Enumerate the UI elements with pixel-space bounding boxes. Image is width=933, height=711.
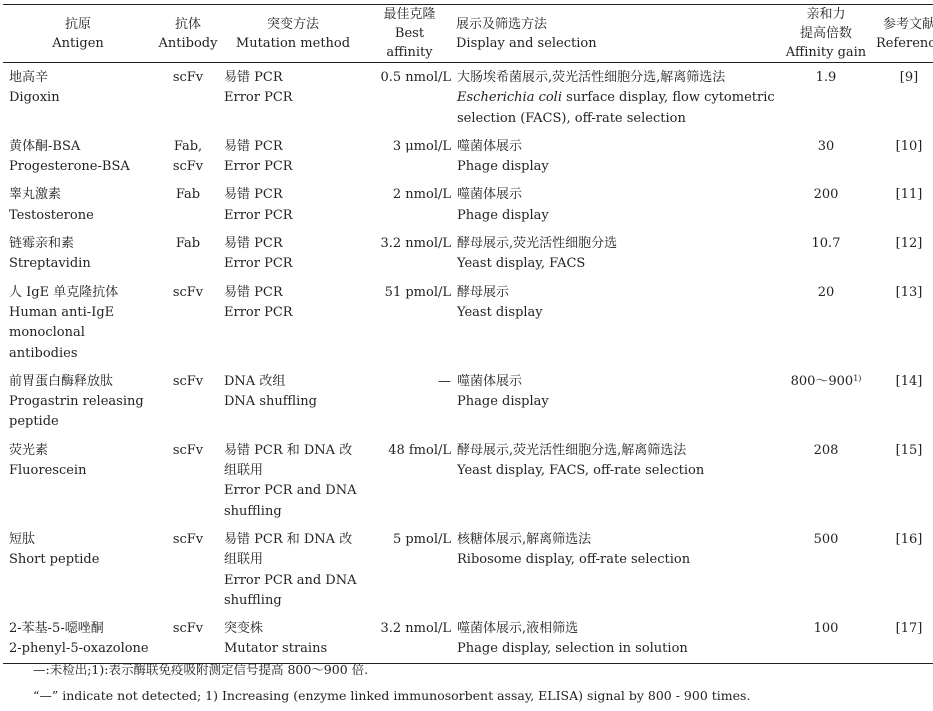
cell-reference: [10] <box>874 132 933 181</box>
antigen-en: Progastrin releasing peptide <box>9 392 152 433</box>
header-antigen: 抗原 Antigen <box>3 5 155 63</box>
antigen-zh: 黄体酮-BSA <box>9 137 152 157</box>
cell-gain: 208 <box>778 436 874 525</box>
cell-antibody: scFv <box>155 367 221 436</box>
table-row: 前胃蛋白酶释放肽 Progastrin releasing peptide sc… <box>3 367 933 436</box>
antibody-value: Fab, scFv <box>173 139 203 174</box>
mutation-zh: 易错 PCR <box>224 68 362 88</box>
cell-gain: 20 <box>778 278 874 367</box>
mutation-zh: 易错 PCR <box>224 234 362 254</box>
table-header: 抗原 Antigen 抗体 Antibody 突变方法 Mutation met… <box>3 5 933 63</box>
display-zh: 大肠埃希菌展示,荧光活性细胞分选,解离筛选法 <box>457 68 775 88</box>
antibody-value: scFv <box>173 443 203 458</box>
mutation-en: Error PCR <box>224 157 362 177</box>
cell-reference: [14] <box>874 367 933 436</box>
affinity-value: 3.2 nmol/L <box>380 236 451 251</box>
header-antigen-zh: 抗原 <box>3 15 153 34</box>
header-display-en: Display and selection <box>456 34 776 53</box>
mutation-en: Error PCR <box>224 254 362 274</box>
display-zh: 酵母展示,荧光活性细胞分选 <box>457 234 775 254</box>
header-affinity: 最佳克隆 Best affinity <box>365 5 454 63</box>
gain-value: 1.9 <box>816 70 837 85</box>
table-row: 黄体酮-BSA Progesterone-BSA Fab, scFv 易错 PC… <box>3 132 933 181</box>
mutation-zh: 易错 PCR 和 DNA 改组联用 <box>224 530 362 571</box>
cell-antigen: 黄体酮-BSA Progesterone-BSA <box>3 132 155 181</box>
display-en: Yeast display <box>457 303 775 323</box>
antigen-en: Digoxin <box>9 88 152 108</box>
header-antibody: 抗体 Antibody <box>155 5 221 63</box>
antibody-value: scFv <box>173 285 203 300</box>
antibody-value: scFv <box>173 374 203 389</box>
antigen-en: Testosterone <box>9 206 152 226</box>
table-row: 短肽 Short peptide scFv 易错 PCR 和 DNA 改组联用 … <box>3 525 933 614</box>
cell-affinity: 51 pmol/L <box>365 278 454 367</box>
mutation-zh: 易错 PCR <box>224 185 362 205</box>
cell-antigen: 短肽 Short peptide <box>3 525 155 614</box>
header-antibody-zh: 抗体 <box>157 15 219 34</box>
header-display-zh: 展示及筛选方法 <box>456 15 776 34</box>
header-antigen-en: Antigen <box>3 34 153 53</box>
header-mutation-en: Mutation method <box>223 34 363 53</box>
mutation-zh: 易错 PCR <box>224 283 362 303</box>
mutation-zh: 易错 PCR 和 DNA 改组联用 <box>224 441 362 482</box>
affinity-value: 2 nmol/L <box>393 187 451 202</box>
cell-display: 噬菌体展示,液相筛选 Phage display, selection in s… <box>454 614 778 663</box>
cell-antibody: scFv <box>155 614 221 663</box>
note-zh: —:未检出;1):表示酶联免疫吸附测定信号提高 800～900 倍. <box>33 657 750 683</box>
header-affinity-en2: affinity <box>367 43 452 62</box>
cell-gain: 100 <box>778 614 874 663</box>
header-antibody-en: Antibody <box>157 34 219 53</box>
reference-value: [11] <box>896 187 923 202</box>
cell-antigen: 2-苯基-5-噁唑酮 2-phenyl-5-oxazolone <box>3 614 155 663</box>
cell-mutation: 易错 PCR Error PCR <box>221 278 365 367</box>
cell-antigen: 人 IgE 单克隆抗体 Human anti-IgE monoclonal an… <box>3 278 155 367</box>
cell-mutation: DNA 改组 DNA shuffling <box>221 367 365 436</box>
display-zh: 酵母展示,荧光活性细胞分选,解离筛选法 <box>457 441 775 461</box>
mutation-en: Error PCR <box>224 206 362 226</box>
cell-reference: [11] <box>874 180 933 229</box>
display-en-text: Phage display <box>457 208 549 223</box>
display-en-text: Phage display <box>457 394 549 409</box>
header-reference-zh: 参考文献 <box>876 15 933 34</box>
display-zh: 噬菌体展示 <box>457 372 775 392</box>
header-affinity-zh: 最佳克隆 <box>367 5 452 24</box>
cell-reference: [13] <box>874 278 933 367</box>
reference-value: [10] <box>896 139 923 154</box>
note-en: “—” indicate not detected; 1) Increasing… <box>33 683 750 709</box>
cell-affinity: 3.2 nmol/L <box>365 614 454 663</box>
display-en-text: Yeast display <box>457 305 543 320</box>
cell-affinity: 48 fmol/L <box>365 436 454 525</box>
reference-value: [14] <box>896 374 923 389</box>
cell-antibody: Fab, scFv <box>155 132 221 181</box>
affinity-value: 3.2 nmol/L <box>380 621 451 636</box>
header-mutation: 突变方法 Mutation method <box>221 5 365 63</box>
antigen-en: Fluorescein <box>9 461 152 481</box>
header-row: 抗原 Antigen 抗体 Antibody 突变方法 Mutation met… <box>3 5 933 63</box>
display-en: Phage display <box>457 157 775 177</box>
cell-mutation: 易错 PCR 和 DNA 改组联用 Error PCR and DNA shuf… <box>221 436 365 525</box>
table-row: 睾丸激素 Testosterone Fab 易错 PCR Error PCR 2… <box>3 180 933 229</box>
reference-value: [16] <box>896 532 923 547</box>
reference-value: [13] <box>896 285 923 300</box>
cell-display: 噬菌体展示 Phage display <box>454 367 778 436</box>
antibody-value: scFv <box>173 532 203 547</box>
antigen-zh: 地高辛 <box>9 68 152 88</box>
display-en-text: Phage display <box>457 159 549 174</box>
mutation-zh: DNA 改组 <box>224 372 362 392</box>
header-gain-zh2: 提高倍数 <box>780 24 872 43</box>
display-en-italic: Escherichia coli <box>457 90 562 105</box>
table-row: 链霉亲和素 Streptavidin Fab 易错 PCR Error PCR … <box>3 229 933 278</box>
table-row: 2-苯基-5-噁唑酮 2-phenyl-5-oxazolone scFv 突变株… <box>3 614 933 663</box>
gain-value: 100 <box>814 621 839 636</box>
display-en-text: Yeast display, FACS, off-rate selection <box>457 463 704 478</box>
display-en-text: Ribosome display, off-rate selection <box>457 552 690 567</box>
cell-display: 酵母展示 Yeast display <box>454 278 778 367</box>
antigen-en: Streptavidin <box>9 254 152 274</box>
antigen-zh: 前胃蛋白酶释放肽 <box>9 372 152 392</box>
gain-value: 200 <box>814 187 839 202</box>
cell-antibody: scFv <box>155 436 221 525</box>
antigen-zh: 2-苯基-5-噁唑酮 <box>9 619 152 639</box>
table-body: 地高辛 Digoxin scFv 易错 PCR Error PCR 0.5 nm… <box>3 63 933 664</box>
antigen-zh: 人 IgE 单克隆抗体 <box>9 283 152 303</box>
antigen-zh: 睾丸激素 <box>9 185 152 205</box>
cell-mutation: 易错 PCR Error PCR <box>221 180 365 229</box>
cell-antigen: 荧光素 Fluorescein <box>3 436 155 525</box>
table-row: 荧光素 Fluorescein scFv 易错 PCR 和 DNA 改组联用 E… <box>3 436 933 525</box>
display-en-text: Phage display, selection in solution <box>457 641 688 656</box>
affinity-value: 0.5 nmol/L <box>380 70 451 85</box>
header-gain-zh1: 亲和力 <box>780 5 872 24</box>
cell-gain: 30 <box>778 132 874 181</box>
cell-reference: [15] <box>874 436 933 525</box>
display-en: Ribosome display, off-rate selection <box>457 550 775 570</box>
cell-affinity: 5 pmol/L <box>365 525 454 614</box>
cell-reference: [16] <box>874 525 933 614</box>
cell-antibody: scFv <box>155 278 221 367</box>
display-en: Escherichia coli surface display, flow c… <box>457 88 775 129</box>
cell-affinity: 0.5 nmol/L <box>365 63 454 132</box>
antibody-affinity-table: 抗原 Antigen 抗体 Antibody 突变方法 Mutation met… <box>3 4 933 664</box>
header-reference-en: Reference <box>876 34 933 53</box>
display-en: Yeast display, FACS <box>457 254 775 274</box>
display-zh: 噬菌体展示,液相筛选 <box>457 619 775 639</box>
cell-antibody: Fab <box>155 229 221 278</box>
cell-mutation: 易错 PCR Error PCR <box>221 63 365 132</box>
affinity-value: — <box>438 374 451 389</box>
header-reference: 参考文献 Reference <box>874 5 933 63</box>
header-display: 展示及筛选方法 Display and selection <box>454 5 778 63</box>
header-gain-en: Affinity gain <box>780 43 872 62</box>
cell-affinity: 2 nmol/L <box>365 180 454 229</box>
cell-display: 噬菌体展示 Phage display <box>454 180 778 229</box>
antigen-zh: 荧光素 <box>9 441 152 461</box>
affinity-value: 5 pmol/L <box>393 532 451 547</box>
table-row: 地高辛 Digoxin scFv 易错 PCR Error PCR 0.5 nm… <box>3 63 933 132</box>
display-en: Phage display <box>457 392 775 412</box>
display-en: Phage display <box>457 206 775 226</box>
mutation-en: Error PCR and DNA shuffling <box>224 571 362 612</box>
antibody-value: scFv <box>173 70 203 85</box>
cell-reference: [12] <box>874 229 933 278</box>
mutation-zh: 易错 PCR <box>224 137 362 157</box>
cell-antigen: 前胃蛋白酶释放肽 Progastrin releasing peptide <box>3 367 155 436</box>
cell-antigen: 睾丸激素 Testosterone <box>3 180 155 229</box>
cell-antibody: Fab <box>155 180 221 229</box>
cell-antibody: scFv <box>155 525 221 614</box>
cell-display: 酵母展示,荧光活性细胞分选,解离筛选法 Yeast display, FACS,… <box>454 436 778 525</box>
header-gain: 亲和力 提高倍数 Affinity gain <box>778 5 874 63</box>
mutation-en: DNA shuffling <box>224 392 362 412</box>
gain-value: 208 <box>814 443 839 458</box>
cell-gain: 10.7 <box>778 229 874 278</box>
display-zh: 噬菌体展示 <box>457 185 775 205</box>
header-mutation-zh: 突变方法 <box>223 15 363 34</box>
table-row: 人 IgE 单克隆抗体 Human anti-IgE monoclonal an… <box>3 278 933 367</box>
gain-value: 30 <box>818 139 835 154</box>
reference-value: [15] <box>896 443 923 458</box>
reference-value: [17] <box>896 621 923 636</box>
antibody-value: scFv <box>173 621 203 636</box>
affinity-value: 51 pmol/L <box>385 285 451 300</box>
page: 抗原 Antigen 抗体 Antibody 突变方法 Mutation met… <box>0 0 933 711</box>
cell-gain: 1.9 <box>778 63 874 132</box>
mutation-en: Error PCR <box>224 88 362 108</box>
cell-mutation: 易错 PCR Error PCR <box>221 229 365 278</box>
reference-value: [9] <box>900 70 918 85</box>
antibody-value: Fab <box>176 187 200 202</box>
cell-mutation: 突变株 Mutator strains <box>221 614 365 663</box>
display-en-text: Yeast display, FACS <box>457 256 585 271</box>
cell-affinity: — <box>365 367 454 436</box>
affinity-value: 3 μmol/L <box>393 139 451 154</box>
cell-affinity: 3 μmol/L <box>365 132 454 181</box>
cell-gain: 500 <box>778 525 874 614</box>
gain-value: 20 <box>818 285 835 300</box>
cell-antigen: 地高辛 Digoxin <box>3 63 155 132</box>
cell-mutation: 易错 PCR Error PCR <box>221 132 365 181</box>
antibody-value: Fab <box>176 236 200 251</box>
antigen-en: Progesterone-BSA <box>9 157 152 177</box>
cell-affinity: 3.2 nmol/L <box>365 229 454 278</box>
cell-mutation: 易错 PCR 和 DNA 改组联用 Error PCR and DNA shuf… <box>221 525 365 614</box>
antigen-en: Short peptide <box>9 550 152 570</box>
cell-display: 酵母展示,荧光活性细胞分选 Yeast display, FACS <box>454 229 778 278</box>
cell-display: 大肠埃希菌展示,荧光活性细胞分选,解离筛选法 Escherichia coli … <box>454 63 778 132</box>
mutation-zh: 突变株 <box>224 619 362 639</box>
antigen-zh: 链霉亲和素 <box>9 234 152 254</box>
display-en: Yeast display, FACS, off-rate selection <box>457 461 775 481</box>
gain-value: 10.7 <box>812 236 841 251</box>
gain-value: 800～900 <box>791 374 854 389</box>
reference-value: [12] <box>896 236 923 251</box>
gain-value: 500 <box>814 532 839 547</box>
gain-footnote: 1) <box>853 374 861 383</box>
mutation-en: Error PCR <box>224 303 362 323</box>
display-zh: 噬菌体展示 <box>457 137 775 157</box>
cell-gain: 800～9001) <box>778 367 874 436</box>
cell-antibody: scFv <box>155 63 221 132</box>
cell-display: 噬菌体展示 Phage display <box>454 132 778 181</box>
cell-reference: [9] <box>874 63 933 132</box>
display-zh: 核糖体展示,解离筛选法 <box>457 530 775 550</box>
antigen-en: Human anti-IgE monoclonal antibodies <box>9 303 152 364</box>
cell-antigen: 链霉亲和素 Streptavidin <box>3 229 155 278</box>
cell-display: 核糖体展示,解离筛选法 Ribosome display, off-rate s… <box>454 525 778 614</box>
cell-gain: 200 <box>778 180 874 229</box>
header-affinity-en1: Best <box>367 24 452 43</box>
antigen-zh: 短肽 <box>9 530 152 550</box>
mutation-en: Error PCR and DNA shuffling <box>224 481 362 522</box>
affinity-value: 48 fmol/L <box>388 443 451 458</box>
cell-reference: [17] <box>874 614 933 663</box>
display-zh: 酵母展示 <box>457 283 775 303</box>
table-notes: —:未检出;1):表示酶联免疫吸附测定信号提高 800～900 倍. “—” i… <box>33 657 750 709</box>
